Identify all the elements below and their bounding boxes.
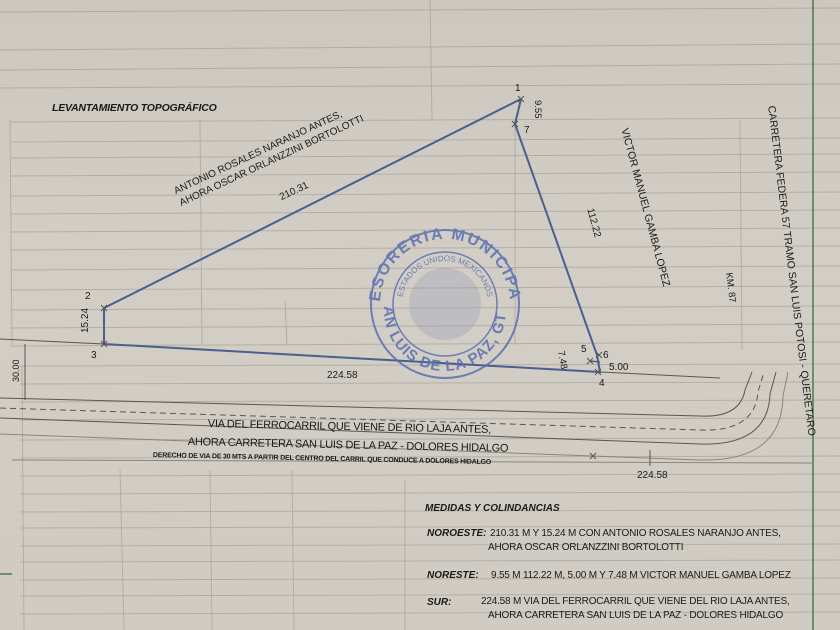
medidas-key-sur: SUR: (427, 597, 451, 608)
vertex-label-4: 4 (599, 378, 605, 389)
document-title: LEVANTAMIENTO TOPOGRÁFICO (52, 102, 217, 114)
vertex-label-2: 2 (85, 291, 91, 302)
vertex-markers (101, 96, 602, 375)
medidas-key-noroeste: NOROESTE: (427, 528, 486, 539)
survey-document: TESORERIA MUNICIPAL SAN LUIS DE LA PAZ, … (0, 0, 840, 630)
vertex-label-1: 1 (515, 83, 521, 94)
vertex-label-3: 3 (91, 350, 97, 361)
dimension-road-width: 30.00 (11, 359, 21, 382)
dimension-p3-p4: 224.58 (327, 370, 358, 381)
dimension-rail-segment: 224.58 (637, 470, 668, 481)
municipal-treasury-stamp: TESORERIA MUNICIPAL SAN LUIS DE LA PAZ, … (0, 0, 523, 378)
medidas-title: MEDIDAS Y COLINDANCIAS (425, 503, 560, 514)
vertex-label-7: 7 (524, 125, 530, 136)
medidas-sur-line2: AHORA CARRETERA SAN LUIS DE LA PAZ - DOL… (488, 609, 783, 623)
vertex-label-6: 6 (603, 350, 609, 361)
dimension-p2-p3: 15.24 (80, 308, 91, 333)
dimension-p1-p7: 9.55 (532, 100, 543, 119)
medidas-sur-line1: 224.58 M VIA DEL FERROCARRIL QUE VIENE D… (481, 595, 790, 609)
medidas-noroeste-line2: AHORA OSCAR ORLANZZINI BORTOLOTTI (488, 541, 683, 555)
medidas-noroeste-line1: 210.31 M Y 15.24 M CON ANTONIO ROSALES N… (490, 527, 781, 541)
vertex-label-5: 5 (581, 344, 587, 355)
dimension-p5-p6: 5.00 (609, 362, 628, 373)
medidas-key-noreste: NORESTE: (427, 570, 479, 581)
medidas-noreste-line1: 9.55 M 112.22 M, 5.00 M Y 7.48 M VICTOR … (491, 569, 791, 583)
